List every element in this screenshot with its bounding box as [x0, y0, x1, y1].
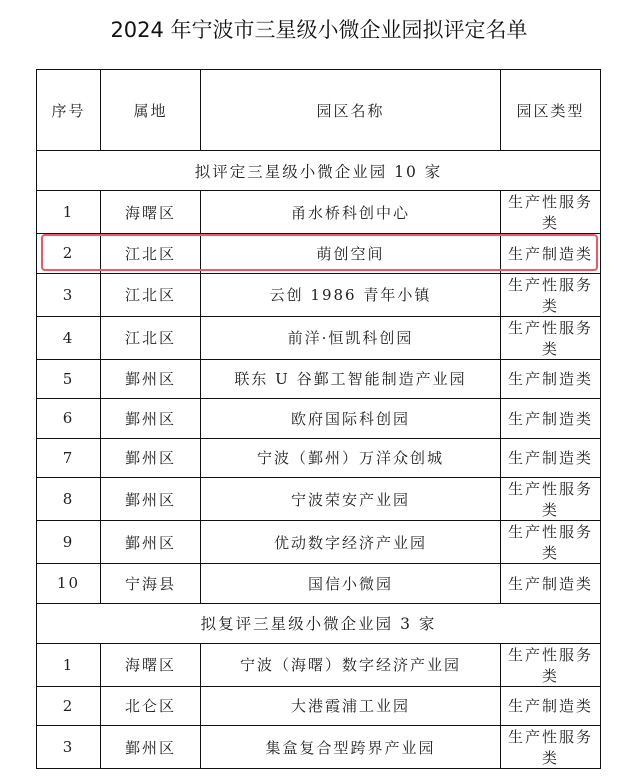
cell-park-type: 生产制造类	[501, 359, 601, 399]
cell-no: 9	[37, 521, 101, 564]
section-label: 拟评定三星级小微企业园 10 家	[37, 151, 601, 191]
cell-park-name: 萌创空间	[201, 234, 501, 274]
header-row: 序号 属地 园区名称 园区类型	[37, 70, 601, 151]
table-row: 1 海曙区 甬水桥科创中心 生产性服务类	[37, 191, 601, 234]
cell-park-name: 优动数字经济产业园	[201, 521, 501, 564]
cell-park-type: 生产性服务类	[501, 191, 601, 234]
table-row: 3 鄞州区 集盒复合型跨界产业园 生产性服务类	[37, 726, 601, 769]
cell-no: 1	[37, 191, 101, 234]
cell-district: 海曙区	[101, 643, 201, 686]
cell-park-name: 宁波（海曙）数字经济产业园	[201, 643, 501, 686]
cell-park-name: 云创 1986 青年小镇	[201, 273, 501, 316]
section-header-new: 拟评定三星级小微企业园 10 家	[37, 151, 601, 191]
cell-district: 江北区	[101, 234, 201, 274]
cell-park-name: 欧府国际科创园	[201, 399, 501, 439]
table-row: 8 鄞州区 宁波荣安产业园 生产性服务类	[37, 478, 601, 521]
cell-park-name: 联东 U 谷鄞工智能制造产业园	[201, 359, 501, 399]
table-row: 5 鄞州区 联东 U 谷鄞工智能制造产业园 生产制造类	[37, 359, 601, 399]
table-row: 6 鄞州区 欧府国际科创园 生产制造类	[37, 399, 601, 439]
cell-park-type: 生产性服务类	[501, 273, 601, 316]
cell-park-type: 生产制造类	[501, 399, 601, 439]
cell-no: 8	[37, 478, 101, 521]
header-district: 属地	[101, 70, 201, 151]
table-row: 10 宁海县 国信小微园 生产制造类	[37, 564, 601, 604]
cell-no: 4	[37, 316, 101, 359]
cell-no: 7	[37, 438, 101, 478]
cell-district: 鄞州区	[101, 438, 201, 478]
cell-park-type: 生产制造类	[501, 438, 601, 478]
cell-park-name: 宁波荣安产业园	[201, 478, 501, 521]
table-row: 7 鄞州区 宁波（鄞州）万洋众创城 生产制造类	[37, 438, 601, 478]
cell-no: 10	[37, 564, 101, 604]
cell-district: 北仑区	[101, 686, 201, 726]
cell-district: 宁海县	[101, 564, 201, 604]
document-title: 2024 年宁波市三星级小微企业园拟评定名单	[0, 14, 638, 44]
cell-park-name: 大港霞浦工业园	[201, 686, 501, 726]
section-header-review: 拟复评三星级小微企业园 3 家	[37, 603, 601, 643]
cell-no: 2	[37, 234, 101, 274]
cell-park-type: 生产性服务类	[501, 521, 601, 564]
cell-park-type: 生产性服务类	[501, 726, 601, 769]
cell-no: 5	[37, 359, 101, 399]
cell-district: 鄞州区	[101, 399, 201, 439]
park-list-table: 序号 属地 园区名称 园区类型 拟评定三星级小微企业园 10 家 1 海曙区 甬…	[36, 69, 601, 769]
cell-no: 6	[37, 399, 101, 439]
cell-park-name: 前洋·恒凯科创园	[201, 316, 501, 359]
cell-no: 3	[37, 273, 101, 316]
header-no: 序号	[37, 70, 101, 151]
cell-district: 鄞州区	[101, 359, 201, 399]
cell-no: 1	[37, 643, 101, 686]
cell-no: 2	[37, 686, 101, 726]
cell-district: 海曙区	[101, 191, 201, 234]
cell-park-type: 生产制造类	[501, 564, 601, 604]
cell-district: 鄞州区	[101, 478, 201, 521]
cell-district: 鄞州区	[101, 521, 201, 564]
cell-park-name: 甬水桥科创中心	[201, 191, 501, 234]
cell-no: 3	[37, 726, 101, 769]
cell-district: 江北区	[101, 273, 201, 316]
table-row: 9 鄞州区 优动数字经济产业园 生产性服务类	[37, 521, 601, 564]
cell-district: 鄞州区	[101, 726, 201, 769]
table-row-highlighted: 2 江北区 萌创空间 生产制造类	[37, 234, 601, 274]
cell-park-type: 生产性服务类	[501, 478, 601, 521]
table-row: 1 海曙区 宁波（海曙）数字经济产业园 生产性服务类	[37, 643, 601, 686]
cell-park-type: 生产制造类	[501, 234, 601, 274]
cell-park-name: 宁波（鄞州）万洋众创城	[201, 438, 501, 478]
cell-park-type: 生产制造类	[501, 686, 601, 726]
header-park-type: 园区类型	[501, 70, 601, 151]
cell-district: 江北区	[101, 316, 201, 359]
cell-park-type: 生产性服务类	[501, 643, 601, 686]
cell-park-type: 生产性服务类	[501, 316, 601, 359]
cell-park-name: 集盒复合型跨界产业园	[201, 726, 501, 769]
table-row: 4 江北区 前洋·恒凯科创园 生产性服务类	[37, 316, 601, 359]
cell-park-name: 国信小微园	[201, 564, 501, 604]
table-row: 3 江北区 云创 1986 青年小镇 生产性服务类	[37, 273, 601, 316]
table-row: 2 北仑区 大港霞浦工业园 生产制造类	[37, 686, 601, 726]
header-park-name: 园区名称	[201, 70, 501, 151]
section-label: 拟复评三星级小微企业园 3 家	[37, 603, 601, 643]
